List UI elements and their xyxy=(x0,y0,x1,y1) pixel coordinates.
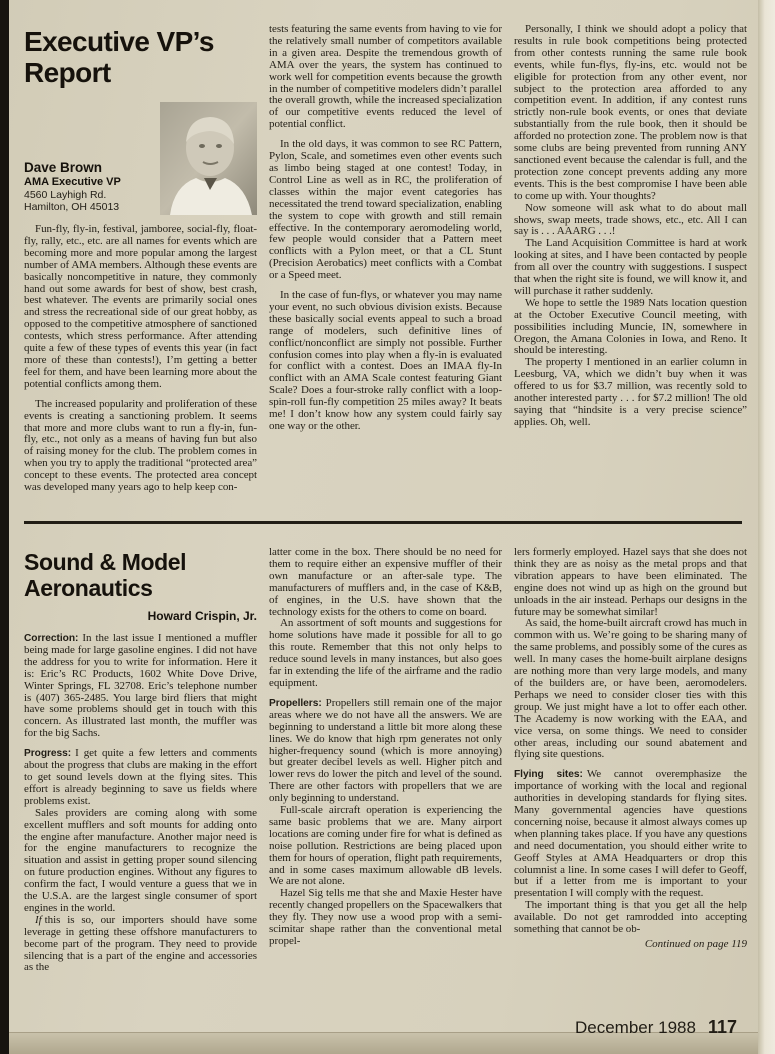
sound-column-3: lers formerly employed. Hazel says that … xyxy=(514,547,747,974)
sound-article-title: Sound & Model Aeronautics xyxy=(24,549,257,601)
article-executive-vp-report: Executive VP’s Report Dave Brown AMA Exe… xyxy=(24,24,746,494)
paragraph: An assortment of soft mounts and suggest… xyxy=(269,618,502,689)
paragraph-lead: Progress: xyxy=(24,748,71,759)
paragraph: In the old days, it was common to see RC… xyxy=(269,139,502,282)
paragraph: Full-scale aircraft operation is experie… xyxy=(269,805,502,888)
paragraph: As said, the home-built aircraft crowd h… xyxy=(514,618,747,761)
paragraph: Now someone will ask what to do about ma… xyxy=(514,203,747,239)
paragraph: The important thing is that you get all … xyxy=(514,900,747,936)
issue-date: December 1988 xyxy=(575,1018,696,1038)
paragraph: Personally, I think we should adopt a po… xyxy=(514,24,747,203)
paragraph-text: this is so, our importers should have so… xyxy=(24,914,257,974)
sound-column-1: Sound & Model Aeronautics Howard Crispin… xyxy=(24,547,257,974)
paragraph-lead: Correction: xyxy=(24,633,78,644)
paragraph-text: We cannot overemphasize the importance o… xyxy=(514,768,747,899)
paragraph-lead: Flying sites: xyxy=(514,769,583,780)
author-info: Dave Brown AMA Executive VP 4560 Layhigh… xyxy=(24,160,121,215)
author-address-line2: Hamilton, OH 45013 xyxy=(24,201,121,213)
author-photo xyxy=(160,102,257,215)
paragraph: Correction:In the last issue I mentioned… xyxy=(24,633,257,740)
paragraph-lead: Propellers: xyxy=(269,698,322,709)
author-photo-image xyxy=(160,102,257,215)
author-block: Dave Brown AMA Executive VP 4560 Layhigh… xyxy=(24,102,257,215)
page-number: 117 xyxy=(708,1017,737,1038)
paragraph: The increased popularity and proliferati… xyxy=(24,399,257,494)
paragraph: In the case of fun-flys, or whatever you… xyxy=(269,290,502,433)
paragraph: Flying sites:We cannot overemphasize the… xyxy=(514,769,747,900)
paragraph: We hope to settle the 1989 Nats location… xyxy=(514,298,747,358)
vp-column-2: tests featuring the same events from hav… xyxy=(269,24,502,494)
scan-left-edge xyxy=(0,0,9,1054)
section-divider-rule xyxy=(24,521,742,524)
page-footer: December 1988 117 xyxy=(575,1017,737,1038)
paragraph-text: In the last issue I mentioned a muffler … xyxy=(24,632,257,739)
scan-right-edge xyxy=(758,0,775,1054)
paragraph: Fun-fly, fly-in, festival, jamboree, soc… xyxy=(24,224,257,391)
vp-article-title: Executive VP’s Report xyxy=(24,26,257,88)
author-job-title: AMA Executive VP xyxy=(24,176,121,189)
paragraph: lers formerly employed. Hazel says that … xyxy=(514,547,747,618)
paragraph: The property I mentioned in an earlier c… xyxy=(514,357,747,428)
vp-column-3: Personally, I think we should adopt a po… xyxy=(514,24,747,494)
author-address-line1: 4560 Layhigh Rd. xyxy=(24,189,121,201)
paragraph-lead-italic: If xyxy=(35,914,42,926)
paragraph: The Land Acquisition Committee is hard a… xyxy=(514,238,747,298)
paragraph: tests featuring the same events from hav… xyxy=(269,24,502,131)
magazine-page: Executive VP’s Report Dave Brown AMA Exe… xyxy=(0,0,775,1054)
paragraph: Ifthis is so, our importers should have … xyxy=(24,915,257,975)
article-sound-model-aeronautics: Sound & Model Aeronautics Howard Crispin… xyxy=(24,547,746,974)
paragraph-text: Propellers still remain one of the major… xyxy=(269,697,502,804)
paragraph: Progress:I get quite a few letters and c… xyxy=(24,748,257,808)
paragraph: Hazel Sig tells me that she and Maxie He… xyxy=(269,888,502,948)
vp-column-1: Executive VP’s Report Dave Brown AMA Exe… xyxy=(24,24,257,494)
continued-on-page-notice: Continued on page 119 xyxy=(514,938,747,950)
sound-column-2: latter come in the box. There should be … xyxy=(269,547,502,974)
author-name: Dave Brown xyxy=(24,160,121,176)
sound-byline: Howard Crispin, Jr. xyxy=(24,609,257,623)
paragraph: Propellers:Propellers still remain one o… xyxy=(269,698,502,805)
paragraph: latter come in the box. There should be … xyxy=(269,547,502,618)
paragraph: Sales providers are coming along with so… xyxy=(24,808,257,915)
